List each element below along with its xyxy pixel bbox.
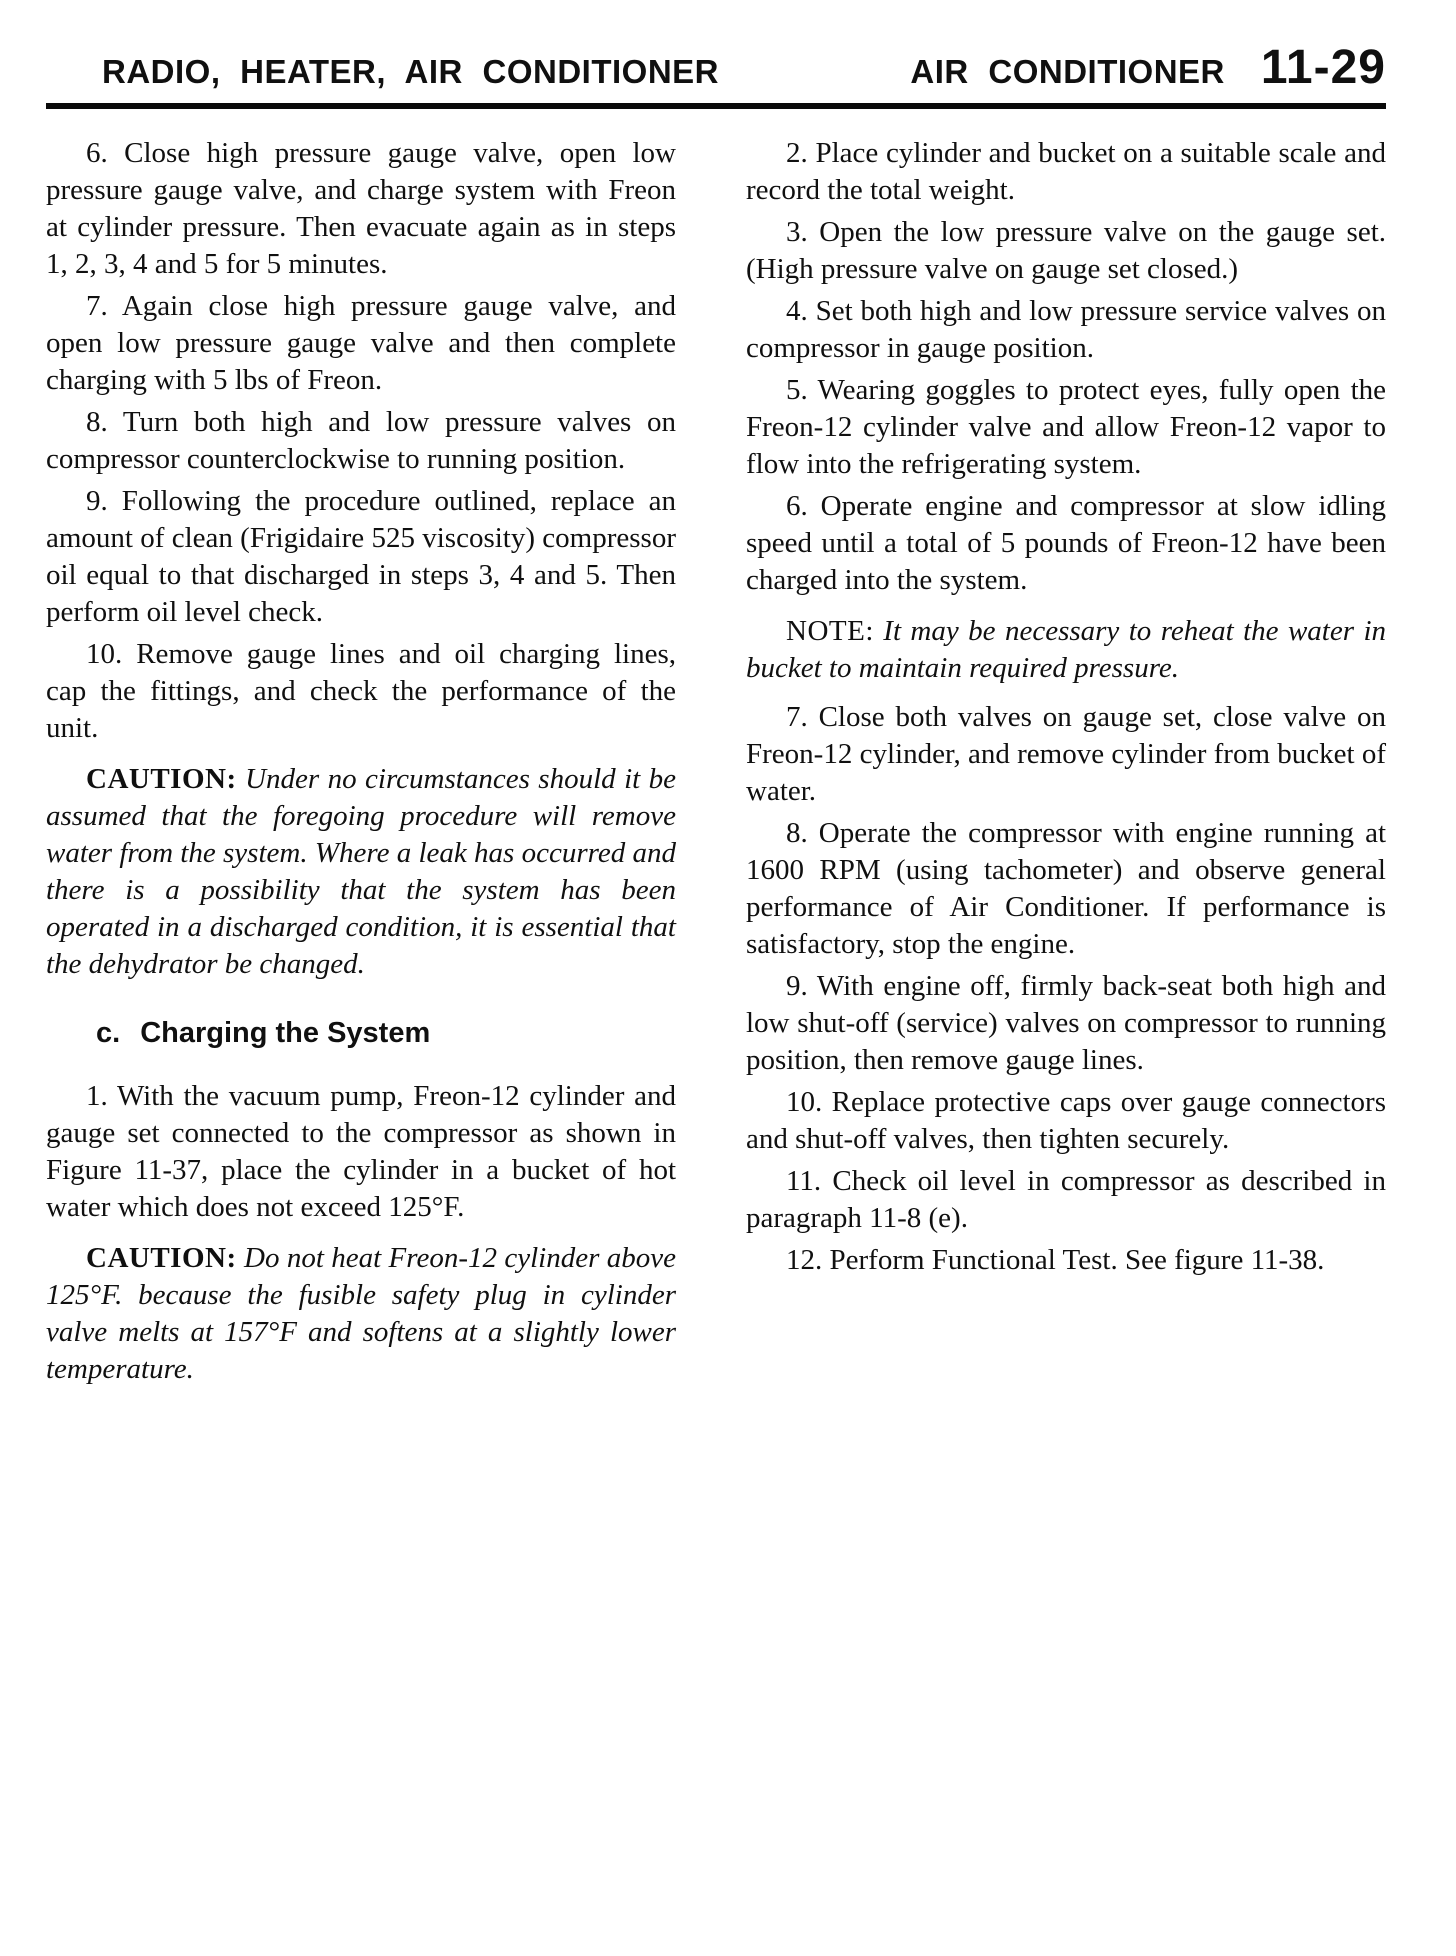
header-rule xyxy=(46,103,1386,109)
step-text: 6. Operate engine and compressor at slow… xyxy=(746,490,1386,596)
caution-label: CAUTION: xyxy=(86,763,237,795)
left-column: 6. Close high pressure gauge valve, open… xyxy=(46,135,676,1400)
step-text: 5. Wearing goggles to protect eyes, full… xyxy=(746,374,1386,480)
step-text: 10. Replace protective caps over gauge c… xyxy=(746,1086,1386,1155)
step-text: 7. Close both valves on gauge set, close… xyxy=(746,701,1386,807)
step-paragraph: 10. Replace protective caps over gauge c… xyxy=(746,1084,1386,1158)
step-text: 2. Place cylinder and bucket on a suitab… xyxy=(746,137,1386,206)
right-column: 2. Place cylinder and bucket on a suitab… xyxy=(746,135,1386,1400)
page-header: RADIO, HEATER, AIR CONDITIONER AIR CONDI… xyxy=(46,40,1386,95)
step-paragraph: 3. Open the low pressure valve on the ga… xyxy=(746,214,1386,288)
caution-paragraph: CAUTION: Under no circumstances should i… xyxy=(46,761,676,983)
step-paragraph: 9. Following the procedure outlined, rep… xyxy=(46,483,676,631)
step-paragraph: 7. Again close high pressure gauge valve… xyxy=(46,288,676,399)
caution-label: CAUTION: xyxy=(86,1242,237,1274)
step-text: 8. Operate the compressor with engine ru… xyxy=(746,817,1386,960)
step-paragraph: 7. Close both valves on gauge set, close… xyxy=(746,699,1386,810)
step-paragraph: 12. Perform Functional Test. See figure … xyxy=(746,1242,1386,1279)
step-text: 3. Open the low pressure valve on the ga… xyxy=(746,216,1386,285)
step-text: 9. Following the procedure outlined, rep… xyxy=(46,485,676,628)
running-head-left: RADIO, HEATER, AIR CONDITIONER xyxy=(102,53,719,91)
step-text: 4. Set both high and low pressure servic… xyxy=(746,295,1386,364)
page-number: 11-29 xyxy=(1261,40,1386,95)
section-heading: c.Charging the System xyxy=(46,1015,676,1052)
step-paragraph: 8. Operate the compressor with engine ru… xyxy=(746,815,1386,963)
step-paragraph: 8. Turn both high and low pressure valve… xyxy=(46,404,676,478)
step-text: 10. Remove gauge lines and oil charging … xyxy=(46,638,676,744)
step-text: 8. Turn both high and low pressure valve… xyxy=(46,406,676,475)
step-paragraph: 2. Place cylinder and bucket on a suitab… xyxy=(746,135,1386,209)
caution-text: Under no circumstances should it be assu… xyxy=(46,763,676,980)
step-paragraph: 6. Close high pressure gauge valve, open… xyxy=(46,135,676,283)
running-head-right: AIR CONDITIONER 11-29 xyxy=(910,40,1386,95)
content-columns: 6. Close high pressure gauge valve, open… xyxy=(46,135,1386,1400)
step-paragraph: 11. Check oil level in compressor as des… xyxy=(746,1163,1386,1237)
running-head-section-title: AIR CONDITIONER xyxy=(910,53,1225,91)
step-text: 9. With engine off, firmly back-seat bot… xyxy=(746,970,1386,1076)
step-paragraph: 10. Remove gauge lines and oil charging … xyxy=(46,636,676,747)
step-paragraph: 4. Set both high and low pressure servic… xyxy=(746,293,1386,367)
note-label: NOTE: xyxy=(786,615,874,647)
step-text: 11. Check oil level in compressor as des… xyxy=(746,1165,1386,1234)
step-text: 6. Close high pressure gauge valve, open… xyxy=(46,137,676,280)
step-paragraph: 6. Operate engine and compressor at slow… xyxy=(746,488,1386,599)
step-text: 7. Again close high pressure gauge valve… xyxy=(46,290,676,396)
step-paragraph: 5. Wearing goggles to protect eyes, full… xyxy=(746,372,1386,483)
section-heading-title: Charging the System xyxy=(140,1017,430,1049)
manual-page: RADIO, HEATER, AIR CONDITIONER AIR CONDI… xyxy=(0,0,1456,1956)
step-text: 1. With the vacuum pump, Freon-12 cylind… xyxy=(46,1080,676,1223)
step-text: 12. Perform Functional Test. See figure … xyxy=(786,1244,1324,1276)
note-paragraph: NOTE: It may be necessary to reheat the … xyxy=(746,613,1386,687)
section-heading-letter: c. xyxy=(96,1017,120,1049)
step-paragraph: 9. With engine off, firmly back-seat bot… xyxy=(746,968,1386,1079)
step-paragraph: 1. With the vacuum pump, Freon-12 cylind… xyxy=(46,1078,676,1226)
caution-paragraph: CAUTION: Do not heat Freon-12 cylinder a… xyxy=(46,1240,676,1388)
